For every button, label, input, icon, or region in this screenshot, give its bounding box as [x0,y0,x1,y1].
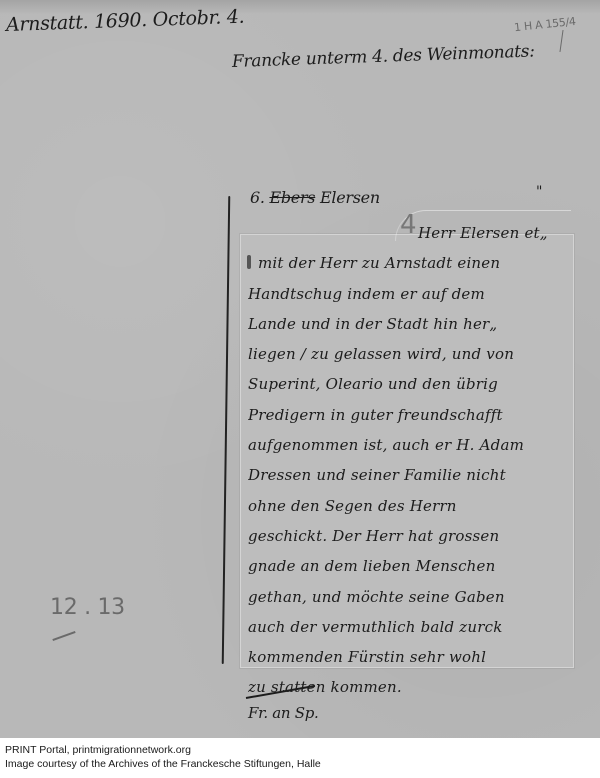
section-number: 6. [250,188,265,207]
body-line: aufgenommen ist, auch er H. Adam [248,430,578,460]
section-word: Elersen [320,188,380,207]
archive-reference-tick [559,30,563,52]
struck-word: Ebers [269,188,315,207]
signoff: Fr. an Sp. [248,704,318,722]
body-line: Herr Elersen et„ [248,218,578,248]
quote-mark: " [536,184,542,200]
margin-rule [222,196,231,664]
caption-source: PRINT Portal, printmigrationnetwork.org [5,743,321,757]
image-caption: PRINT Portal, printmigrationnetwork.org … [5,743,321,771]
body-line: Predigern in guter freundschafft [248,400,578,430]
body-line: ohne den Segen des Herrn [248,491,578,521]
letter-body: Herr Elersen et„ mit der Herr zu Arnstad… [248,218,578,703]
manuscript-scan: Arnstatt. 1690. Octobr. 4. Francke unter… [0,0,600,738]
letter-title: Francke unterm 4. des Weinmonats: [232,41,535,72]
body-line: liegen / zu gelassen wird, und von [248,339,578,369]
archive-reference: 1 H A 155/4 [513,15,576,34]
body-line: kommenden Fürstin sehr wohl [248,642,578,672]
body-line: Dressen und seiner Familie nicht [248,460,578,490]
body-line: geschickt. Der Herr hat grossen [248,521,578,551]
page-numbers: 12 . 13 [50,595,125,620]
body-line: gnade an dem lieben Menschen [248,551,578,581]
body-line: Handtschug indem er auf dem [248,279,578,309]
section-heading: 6. Ebers Elersen [250,188,380,207]
body-line: auch der vermuthlich bald zurck [248,612,578,642]
body-line: mit der Herr zu Arnstadt einen [248,248,578,278]
body-line: Lande und in der Stadt hin her„ [248,309,578,339]
caption-credit: Image courtesy of the Archives of the Fr… [5,757,321,771]
body-line: gethan, und möchte seine Gaben [248,582,578,612]
body-line: Superint, Oleario und den übrig [248,369,578,399]
page-number-underline [52,631,75,641]
